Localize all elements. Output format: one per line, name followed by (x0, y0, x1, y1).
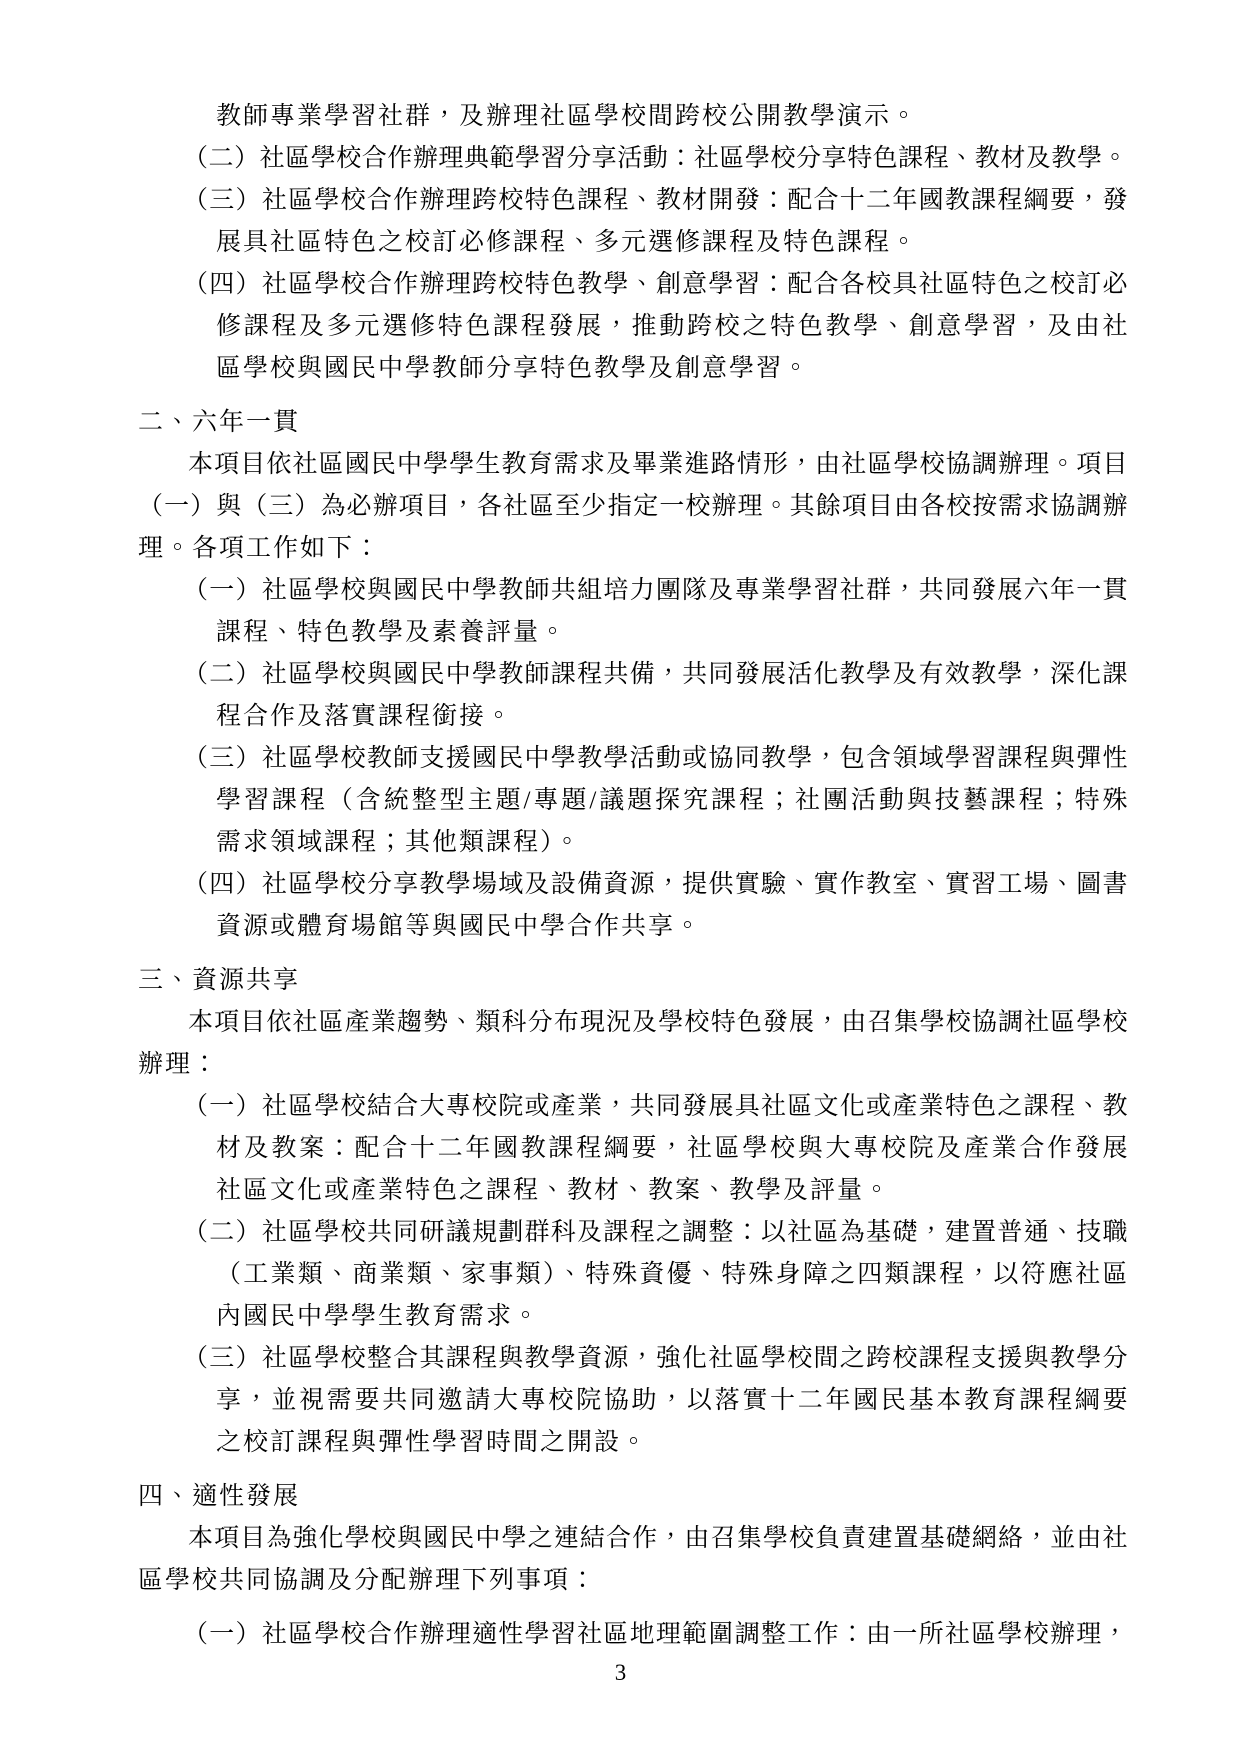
text-line: 之校訂課程與彈性學習時間之開設。 (138, 1422, 1128, 1464)
text-line: 區學校與國民中學教師分享特色教學及創意學習。 (138, 348, 1128, 390)
text-line: （三）社區學校教師支援國民中學教學活動或協同教學，包含領域學習課程與彈性 (138, 738, 1128, 780)
text-line: （一）社區學校合作辦理適性學習社區地理範圍調整工作：由一所社區學校辦理， (138, 1614, 1128, 1656)
text-line: 修課程及多元選修特色課程發展，推動跨校之特色教學、創意學習，及由社 (138, 306, 1128, 348)
section-heading: 三、資源共享 (138, 960, 1128, 1002)
text-line: （二）社區學校與國民中學教師課程共備，共同發展活化教學及有效教學，深化課 (138, 654, 1128, 696)
text-line: 內國民中學學生教育需求。 (138, 1296, 1128, 1338)
text-line: （一）與（三）為必辦項目，各社區至少指定一校辦理。其餘項目由各校按需求協調辦 (138, 486, 1128, 528)
text-line: 教師專業學習社群，及辦理社區學校間跨校公開教學演示。 (138, 96, 1128, 138)
text-line: 辦理： (138, 1044, 1128, 1086)
text-line: （工業類、商業類、家事類）、特殊資優、特殊身障之四類課程，以符應社區 (138, 1254, 1128, 1296)
text-line: （二）社區學校共同研議規劃群科及課程之調整：以社區為基礎，建置普通、技職 (138, 1212, 1128, 1254)
text-line: 程合作及落實課程銜接。 (138, 696, 1128, 738)
text-line: （二）社區學校合作辦理典範學習分享活動：社區學校分享特色課程、教材及教學。 (138, 138, 1128, 180)
section-heading: 四、適性發展 (138, 1476, 1128, 1518)
document-page: 教師專業學習社群，及辦理社區學校間跨校公開教學演示。（二）社區學校合作辦理典範學… (0, 0, 1241, 1755)
text-line: （一）社區學校與國民中學教師共組培力團隊及專業學習社群，共同發展六年一貫 (138, 570, 1128, 612)
text-line: 材及教案：配合十二年國教課程綱要，社區學校與大專校院及產業合作發展 (138, 1128, 1128, 1170)
text-line: 理。各項工作如下： (138, 528, 1128, 570)
text-line: （一）社區學校結合大專校院或產業，共同發展具社區文化或產業特色之課程、教 (138, 1086, 1128, 1128)
text-line: 本項目依社區產業趨勢、類科分布現況及學校特色發展，由召集學校協調社區學校 (138, 1002, 1128, 1044)
text-line: （四）社區學校分享教學場域及設備資源，提供實驗、實作教室、實習工場、圖書 (138, 864, 1128, 906)
page-number: 3 (0, 1658, 1241, 1688)
text-line: 社區文化或產業特色之課程、教材、教案、教學及評量。 (138, 1170, 1128, 1212)
text-line: 享，並視需要共同邀請大專校院協助，以落實十二年國民基本教育課程綱要 (138, 1380, 1128, 1422)
text-line: （三）社區學校整合其課程與教學資源，強化社區學校間之跨校課程支援與教學分 (138, 1338, 1128, 1380)
text-line: 課程、特色教學及素養評量。 (138, 612, 1128, 654)
text-line: 本項目依社區國民中學學生教育需求及畢業進路情形，由社區學校協調辦理。項目 (138, 444, 1128, 486)
text-line: 需求領域課程；其他類課程）。 (138, 822, 1128, 864)
text-line: 展具社區特色之校訂必修課程、多元選修課程及特色課程。 (138, 222, 1128, 264)
section-heading: 二、六年一貫 (138, 402, 1128, 444)
text-line: 學習課程（含統整型主題/專題/議題探究課程；社團活動與技藝課程；特殊 (138, 780, 1128, 822)
text-line: 資源或體育場館等與國民中學合作共享。 (138, 906, 1128, 948)
text-line: 區學校共同協調及分配辦理下列事項： (138, 1560, 1128, 1602)
document-body: 教師專業學習社群，及辦理社區學校間跨校公開教學演示。（二）社區學校合作辦理典範學… (138, 96, 1128, 1656)
text-line: 本項目為強化學校與國民中學之連結合作，由召集學校負責建置基礎網絡，並由社 (138, 1518, 1128, 1560)
text-line: （三）社區學校合作辦理跨校特色課程、教材開發：配合十二年國教課程綱要，發 (138, 180, 1128, 222)
text-line: （四）社區學校合作辦理跨校特色教學、創意學習：配合各校具社區特色之校訂必 (138, 264, 1128, 306)
